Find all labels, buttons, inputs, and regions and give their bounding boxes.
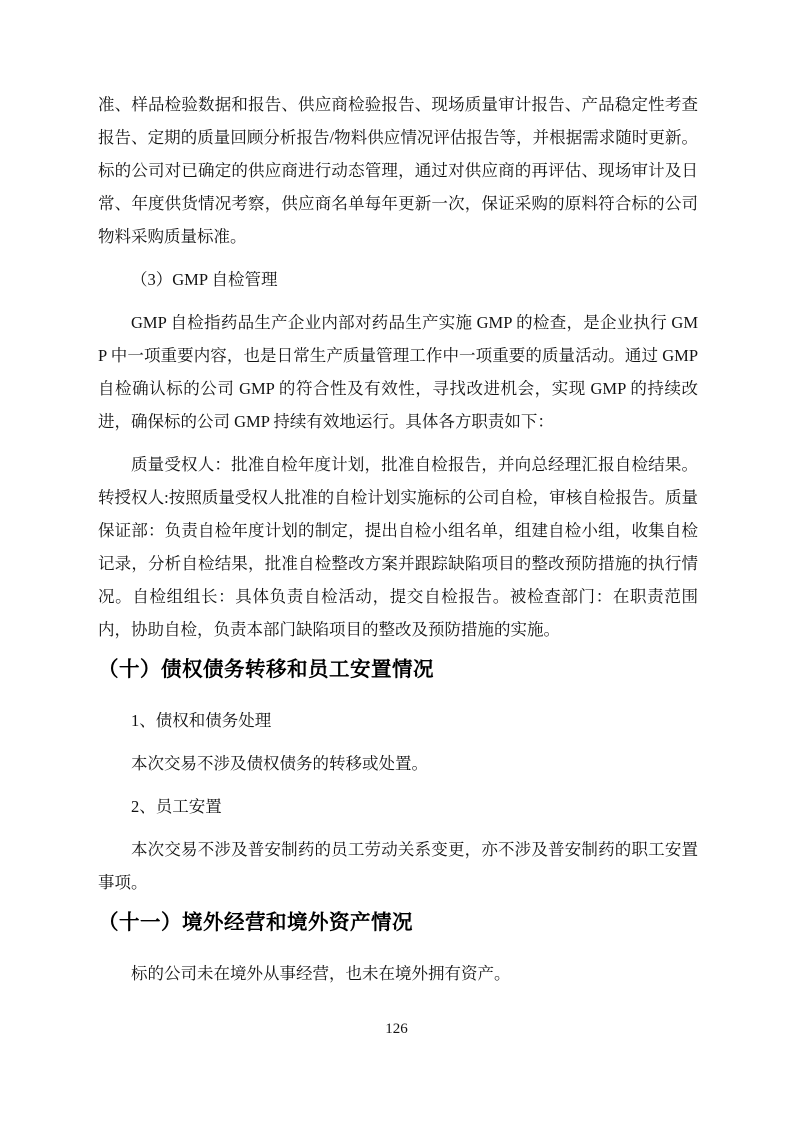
section10-item1-text: 本次交易不涉及债权债务的转移或处置。 (98, 747, 698, 780)
gmp-item-heading: （3）GMP 自检管理 (98, 263, 698, 296)
page-number: 126 (0, 1018, 793, 1040)
document-page: 准、样品检验数据和报告、供应商检验报告、现场质量审计报告、产品稳定性考查报告、定… (0, 0, 793, 1122)
section10-item2-text: 本次交易不涉及普安制药的员工劳动关系变更，亦不涉及普安制药的职工安置事项。 (98, 833, 698, 899)
document-content: 准、样品检验数据和报告、供应商检验报告、现场质量审计报告、产品稳定性考查报告、定… (0, 0, 793, 990)
section-heading-11: （十一）境外经营和境外资产情况 (98, 909, 698, 937)
duty-paragraph: 质量受权人：批准自检年度计划，批准自检报告，并向总经理汇报自检结果。转授权人:按… (98, 448, 698, 646)
section-heading-10: （十）债权债务转移和员工安置情况 (98, 656, 698, 684)
section10-item1-label: 1、债权和债务处理 (98, 704, 698, 737)
continued-paragraph: 准、样品检验数据和报告、供应商检验报告、现场质量审计报告、产品稳定性考查报告、定… (98, 88, 698, 253)
gmp-paragraph: GMP 自检指药品生产企业内部对药品生产实施 GMP 的检查，是企业执行 GMP… (98, 306, 698, 438)
section10-item2-label: 2、员工安置 (98, 790, 698, 823)
section11-text: 标的公司未在境外从事经营，也未在境外拥有资产。 (98, 957, 698, 990)
